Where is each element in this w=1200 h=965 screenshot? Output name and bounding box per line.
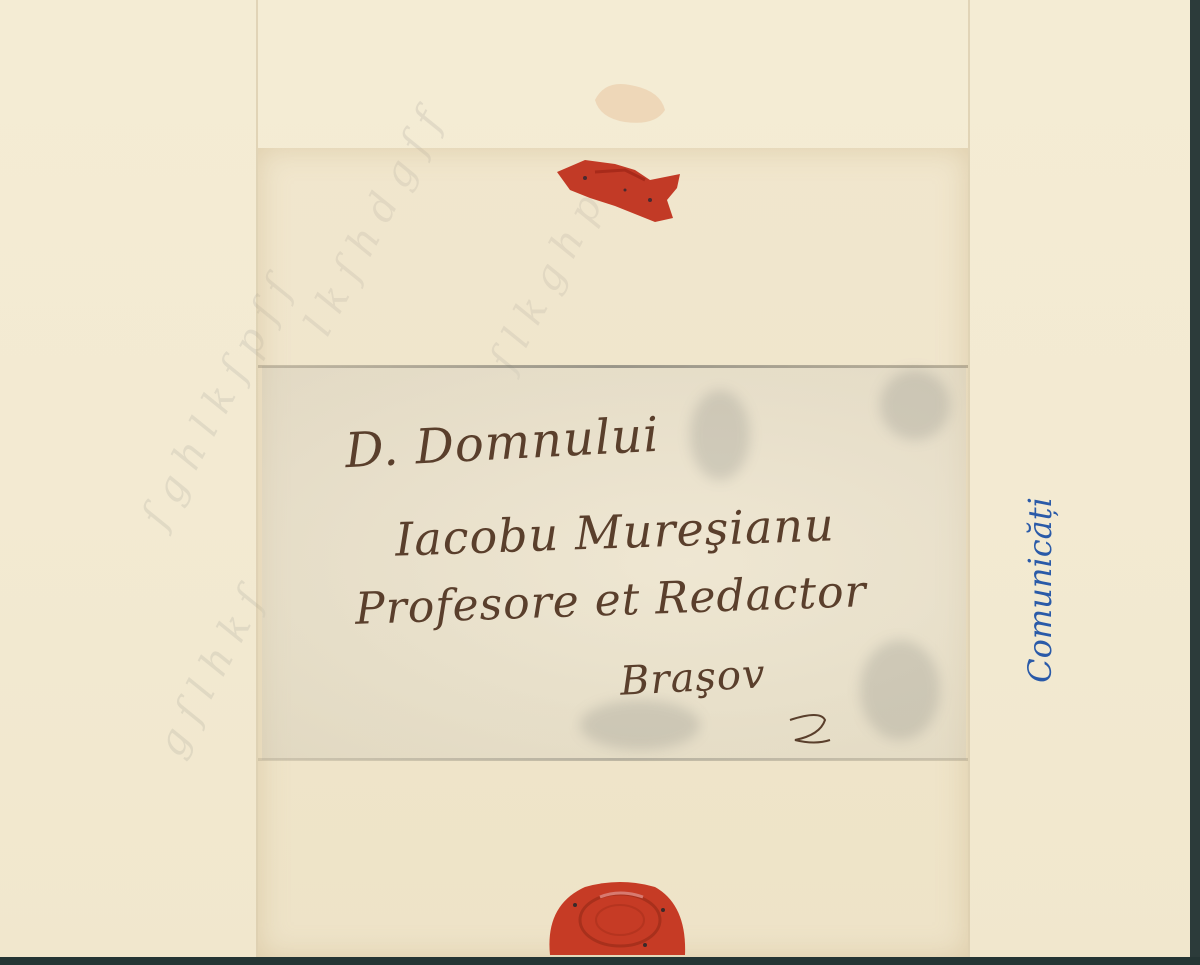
seal-residue-stain (575, 60, 685, 130)
fold-line-upper (258, 365, 968, 368)
blue-pencil-annotation: Comunicăți (1021, 497, 1059, 683)
ink-smudge (880, 370, 950, 440)
ink-smudge (690, 390, 750, 480)
bottom-wax-seal-icon (545, 875, 690, 958)
fold-line-right (968, 0, 970, 958)
flourish-icon (780, 690, 840, 750)
scan-background-bottom (0, 957, 1200, 965)
ink-smudge (860, 640, 940, 740)
bleed-through-writing: g ſ l h k ſ (148, 582, 274, 764)
top-wax-seal-icon (555, 150, 690, 230)
letter-paper: ſ g h l k ſ p ſ ſ l k ſ h d g ſ f ſ l k … (0, 0, 1190, 958)
address-line-city: Braşov (619, 651, 767, 705)
scan-background-right (1190, 0, 1200, 965)
fold-line-lower (258, 758, 968, 761)
ink-smudge (580, 700, 700, 750)
